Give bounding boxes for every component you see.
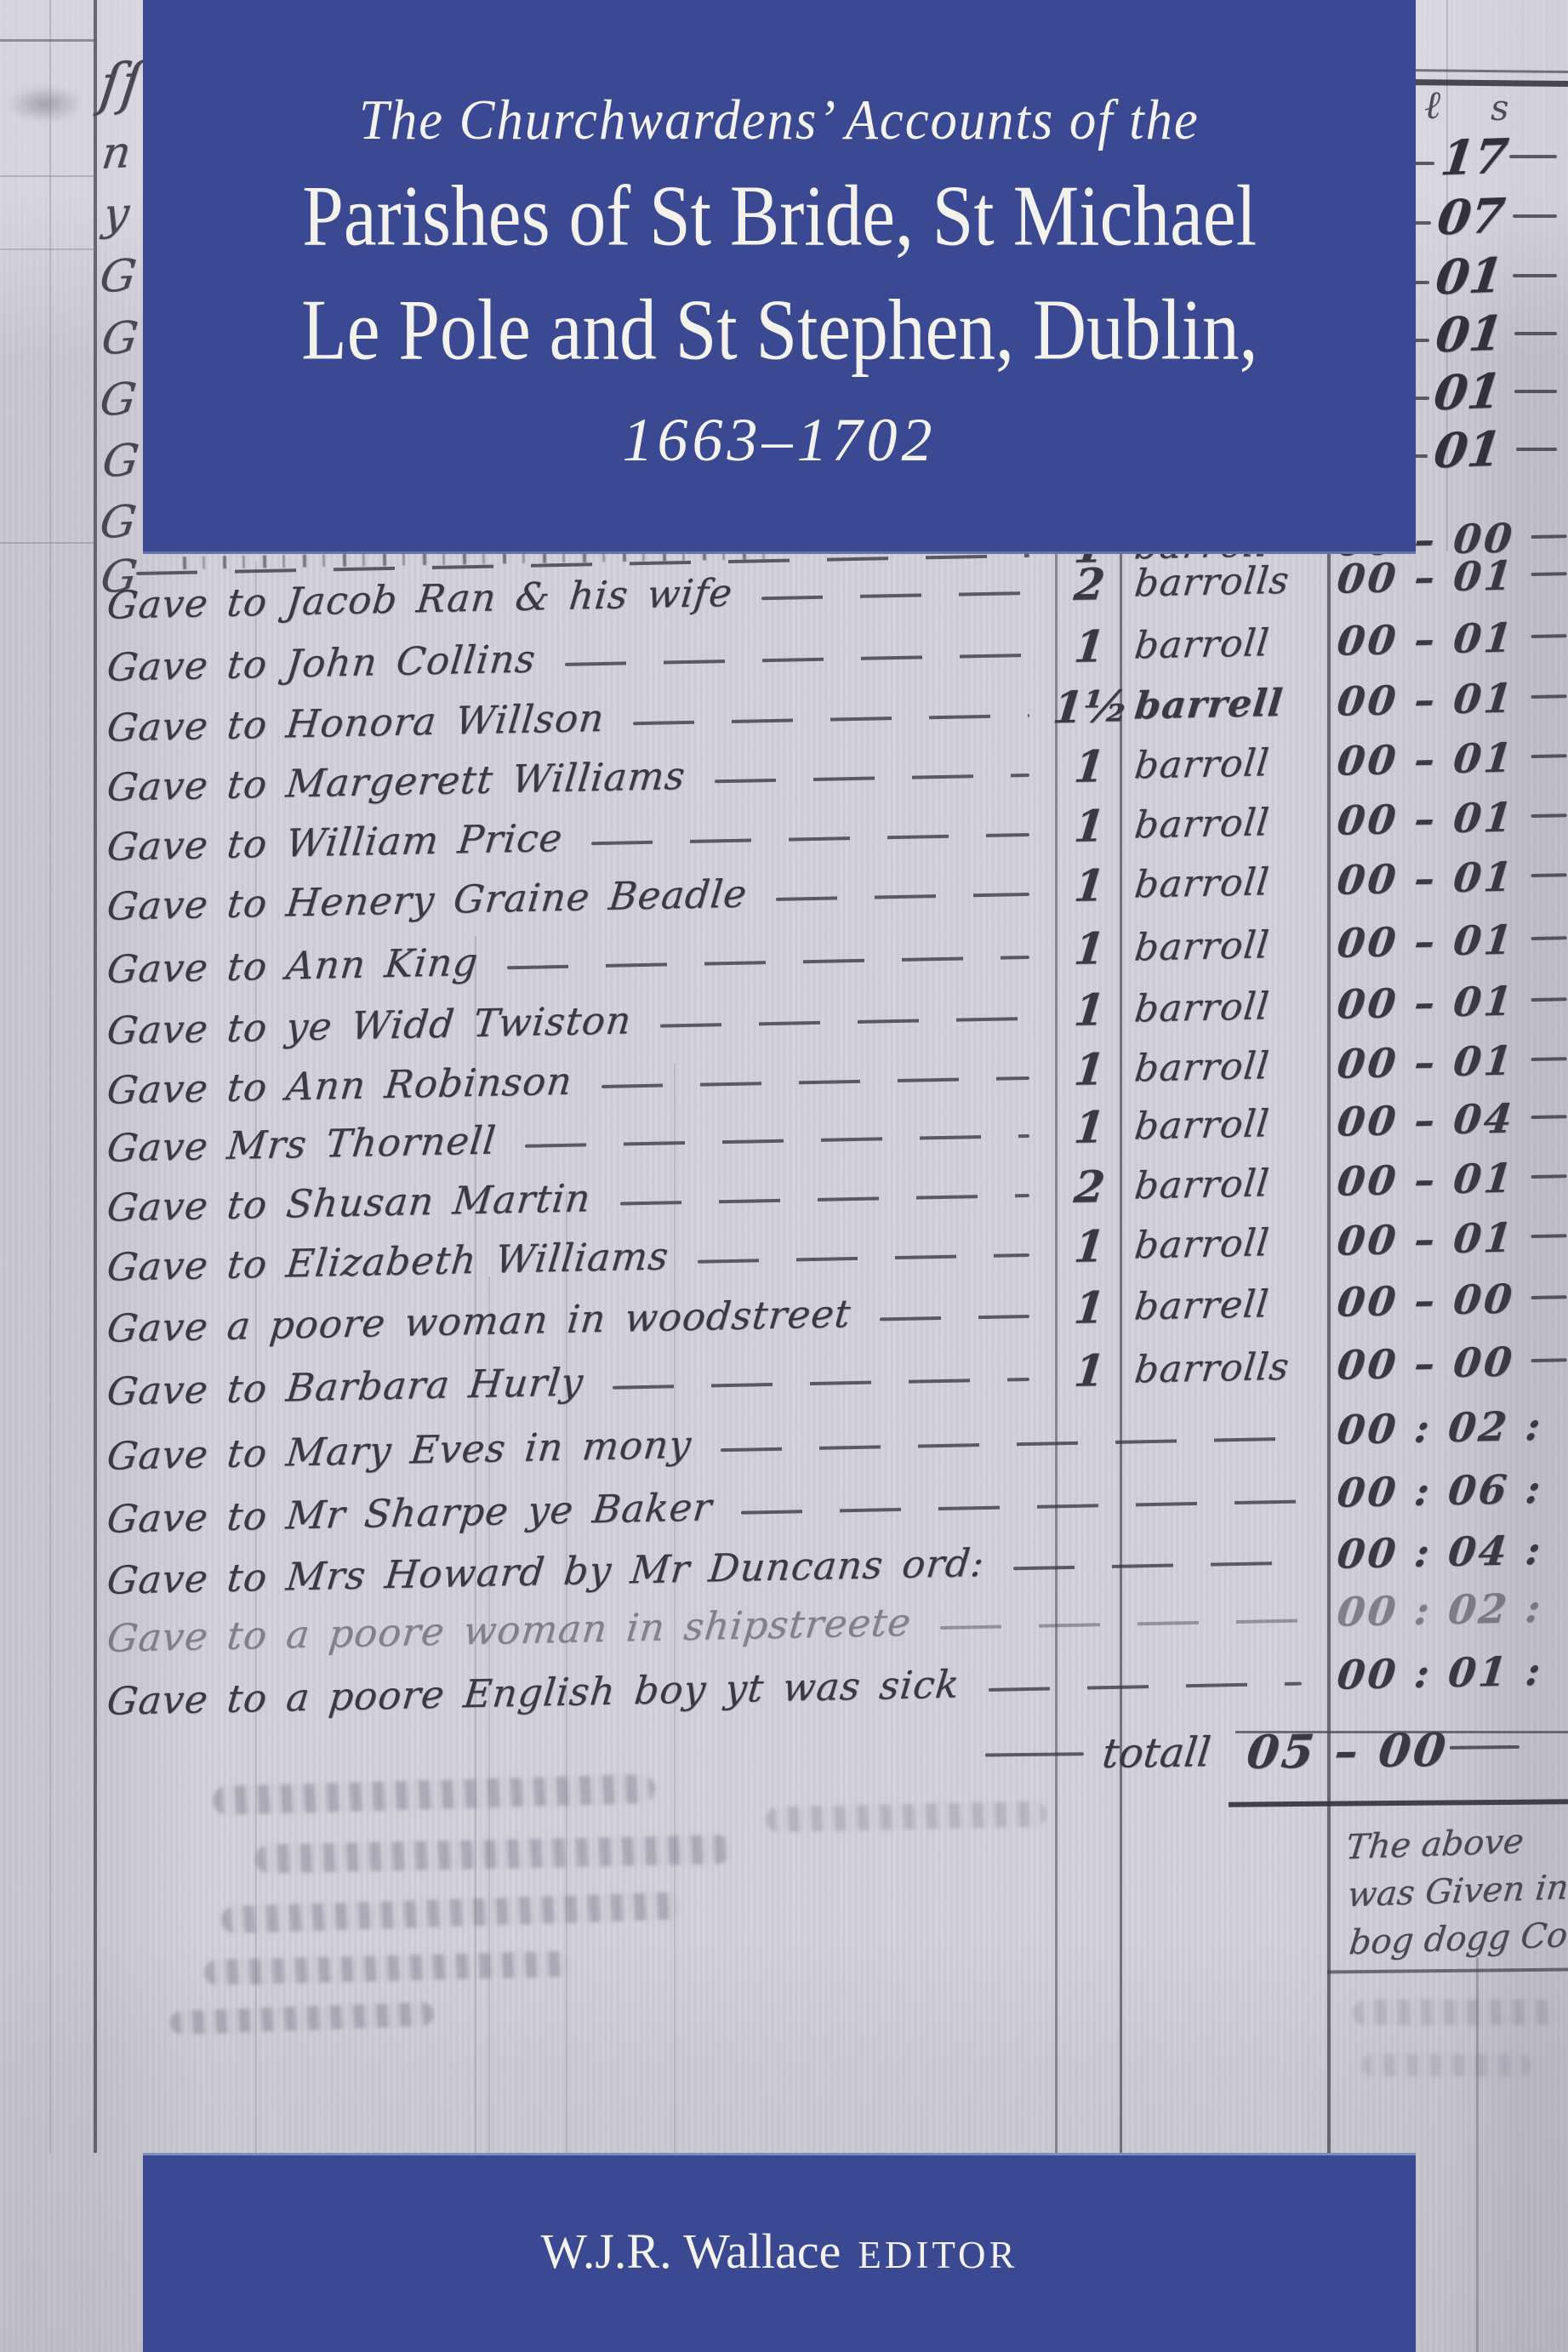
entry-unit: barroll — [1134, 613, 1270, 676]
account-amount: 01 — [1433, 248, 1506, 306]
total-underline — [1229, 1799, 1568, 1807]
book-title-line-1: Parishes of St Bride, St Michael — [302, 167, 1257, 266]
entry-unit: barrell — [1134, 1274, 1269, 1338]
entry-quantity: 1 — [1052, 796, 1126, 859]
entry-amount: 00 – 01 — [1337, 668, 1514, 733]
entry-amount: 00 : 04 : — [1337, 1521, 1543, 1586]
entry-amount: 00 : 06 : — [1337, 1459, 1543, 1525]
leader-dash — [940, 1618, 1302, 1630]
entry-quantity: 1 — [1052, 1340, 1126, 1403]
margin-letter-fragment: n — [99, 127, 134, 180]
entry-unit: barroll — [1134, 733, 1270, 796]
entry-amount: 00 – 01 — [1337, 728, 1514, 792]
title-banner: The Churchwardens’ Accounts of the Paris… — [143, 0, 1416, 554]
total-amount: 05 – 00 — [1246, 1719, 1448, 1783]
trailing-dash — [1450, 1745, 1520, 1750]
note-line: The above — [1343, 1815, 1568, 1872]
entry-name: Gave to Jacob Ran & his wife — [105, 569, 735, 627]
entry-amount: 00 : 02 : — [1337, 1396, 1543, 1462]
entry-name: Gave to Shusan Martin — [105, 1175, 593, 1230]
bleed-through-text — [170, 2002, 435, 2035]
entry-name: Gave to Mary Eves in mony — [105, 1421, 693, 1478]
entry-unit: barroll — [1134, 1153, 1270, 1217]
leader-dash — [721, 1436, 1302, 1452]
entry-quantity: 1 — [1052, 855, 1126, 918]
note-line: was Given in — [1345, 1863, 1568, 1920]
entry-unit: barroll — [1134, 1213, 1270, 1276]
book-title-line-2: Le Pole and St Stephen, Dublin, — [301, 281, 1257, 380]
bleed-through-text — [766, 1801, 1047, 1833]
trailing-dash — [1531, 534, 1567, 539]
trailing-dash — [1531, 1057, 1567, 1061]
pounds-column-header: ℓ — [1424, 82, 1440, 128]
entry-unit: barroll — [1134, 976, 1270, 1040]
entry-name: Gave to Elizabeth Williams — [105, 1233, 671, 1289]
entry-quantity: 1 — [1052, 1097, 1126, 1160]
leader-dash — [1513, 274, 1557, 277]
entry-amount: 00 – 01 — [1337, 971, 1514, 1036]
leader-dash — [880, 1315, 1029, 1322]
account-amount: 07 — [1434, 188, 1508, 247]
entry-unit: barroll — [1134, 915, 1270, 979]
entry-name: Gave to a poore woman in shipstreete — [105, 1599, 913, 1660]
leader-dash — [633, 714, 1029, 725]
entry-quantity: 1 — [1052, 918, 1126, 981]
leader-dash — [1516, 448, 1557, 451]
entry-unit: barrolls — [1134, 1337, 1290, 1401]
leader-dash — [591, 833, 1029, 845]
entry-name: Gave to Barbara Hurly — [105, 1359, 585, 1413]
entry-amount: 00 – 01 — [1337, 1148, 1514, 1213]
entry-amount: 00 – 00 — [1337, 1332, 1514, 1396]
leader-dash — [776, 893, 1029, 901]
entry-name: Gave to Margerett Williams — [105, 752, 687, 809]
entry-amount: 00 – 01 — [1337, 910, 1514, 974]
margin-letter-fragment: G — [97, 250, 139, 303]
entry-unit: barroll — [1134, 852, 1270, 916]
entry-name: Gave to Henery Graine Beadle — [105, 871, 750, 928]
entry-unit: barroll — [1134, 1036, 1270, 1099]
entry-amount: 00 – 01 — [1337, 1207, 1514, 1272]
bleed-through-text — [1353, 2000, 1557, 2025]
entry-amount: 00 – 01 — [1337, 787, 1514, 852]
leader-dash — [715, 774, 1029, 783]
leader-dash — [525, 1134, 1029, 1148]
total-label: totall — [1102, 1721, 1211, 1784]
entry-quantity: 1 — [1052, 1277, 1126, 1340]
entry-name: Gave to Ann Robinson — [105, 1058, 574, 1112]
entry-name: Gave to Ann King — [105, 939, 481, 991]
trailing-dash — [1531, 572, 1567, 576]
leader-dash — [1514, 390, 1557, 393]
trailing-dash — [1531, 997, 1567, 1002]
entry-amount: 00 – 01 — [1337, 608, 1514, 672]
bleed-through-text — [255, 1835, 733, 1874]
account-amount: 01 — [1431, 421, 1504, 480]
leader-dash — [660, 1017, 1029, 1028]
trailing-dash — [1531, 694, 1567, 699]
ink-smudge — [7, 85, 83, 123]
trailing-dash — [1531, 1234, 1567, 1238]
entry-quantity: 2 — [1052, 1156, 1126, 1219]
margin-letter-fragment: G — [99, 312, 140, 365]
trailing-dash — [1531, 634, 1567, 638]
bleed-through-text — [1361, 2054, 1531, 2076]
trailing-dash — [1531, 873, 1567, 877]
leader-dash — [613, 1378, 1029, 1390]
account-amount: 01 — [1431, 363, 1504, 422]
entry-amount: 00 – 04 — [1337, 1088, 1514, 1153]
note-block: The above was Given in bog dogg Coal — [1345, 1815, 1568, 1967]
total-row: totall 05 – 00 — [0, 1717, 1568, 1798]
entry-name: Gave to a poore English boy yt was sick — [105, 1661, 961, 1723]
leader-dash — [507, 956, 1029, 969]
book-cover: ſſ n y G G G G G G ℓ s 17 07 01 01 01 01… — [0, 0, 1568, 2352]
leader-dash — [761, 591, 1029, 600]
trailing-dash — [1531, 813, 1567, 818]
account-amount: 17 — [1438, 128, 1511, 187]
entry-quantity: 1 — [1052, 1216, 1126, 1279]
trailing-dash — [1531, 936, 1567, 940]
note-line: bog dogg Coal — [1347, 1910, 1568, 1967]
entry-name: Gave to John Collins — [105, 636, 538, 689]
entry-quantity: 1½ — [1052, 676, 1126, 739]
series-title: The Churchwardens’ Accounts of the — [359, 88, 1200, 153]
leader-dash — [1509, 155, 1557, 158]
leader-dash — [985, 1752, 1084, 1756]
entry-amount: 00 : 02 : — [1337, 1578, 1543, 1644]
editor-banner: W.J.R. Wallace EDITOR — [143, 2153, 1416, 2352]
leader-dash — [989, 1681, 1302, 1691]
page-edge-shadow — [1476, 1957, 1479, 2352]
entry-name: Gave a poore woman in woodstreet — [105, 1291, 853, 1351]
leader-dash — [619, 1194, 1029, 1206]
header-rule-thin — [1404, 69, 1568, 73]
date-range: 1663–1702 — [623, 405, 937, 476]
entry-unit: barrolls — [1134, 551, 1290, 615]
margin-letter-fragment: G — [97, 374, 139, 426]
entry-amount: 00 – 00 — [1337, 1269, 1514, 1333]
ruled-line — [0, 39, 97, 42]
bleed-through-text — [204, 1951, 571, 1985]
margin-letter-fragment: y — [100, 188, 132, 240]
entry-quantity: 1 — [1052, 736, 1126, 799]
trailing-dash — [1531, 1115, 1567, 1119]
entry-unit: barroll — [1134, 792, 1270, 856]
account-amount: 01 — [1433, 305, 1506, 364]
entry-amount: 00 – 01 — [1337, 1030, 1514, 1095]
note-underline — [1327, 1968, 1568, 1974]
editor-role-label: EDITOR — [858, 2233, 1018, 2277]
margin-letter-fragment: G — [100, 435, 141, 488]
entry-name: Gave to Honora Willson — [105, 694, 607, 750]
leader-dash — [565, 654, 1029, 666]
entry-name: Gave Mrs Thornell — [105, 1117, 498, 1170]
editor-name: W.J.R. Wallace — [540, 2223, 841, 2280]
entry-name: Gave to William Price — [105, 814, 565, 869]
leader-dash — [741, 1499, 1302, 1514]
entry-unit: barroll — [1134, 1093, 1270, 1157]
trailing-dash — [1531, 1295, 1567, 1299]
leader-dash — [1013, 1561, 1302, 1570]
entry-quantity: 1 — [1052, 616, 1126, 679]
entry-name: Gave to ye Widd Twiston — [105, 997, 634, 1053]
leader-dash — [1514, 332, 1557, 335]
editor-credit: W.J.R. Wallace EDITOR — [540, 2223, 1018, 2280]
entry-amount: 00 : 01 : — [1337, 1641, 1543, 1707]
entry-amount: 00 – 01 — [1337, 847, 1514, 911]
leader-dash — [602, 1076, 1029, 1088]
entry-name: Gave to Mr Sharpe ye Baker — [105, 1484, 714, 1541]
trailing-dash — [1531, 754, 1567, 758]
ruled-line — [0, 175, 95, 177]
margin-letter-fragment: ſſ — [96, 50, 146, 117]
trailing-dash — [1531, 1358, 1567, 1362]
leader-dash — [698, 1253, 1029, 1264]
entry-quantity: 2 — [1052, 554, 1126, 617]
bleed-through-text — [221, 1892, 681, 1934]
trailing-dash — [1531, 1174, 1567, 1179]
shillings-column-header: s — [1491, 87, 1509, 128]
ruled-line — [0, 248, 95, 250]
entry-quantity: 1 — [1052, 1039, 1126, 1102]
entry-unit: barrell — [1134, 673, 1283, 737]
leader-dash — [1513, 214, 1557, 218]
entry-amount: 00 – 01 — [1337, 545, 1514, 610]
entry-quantity: 1 — [1052, 979, 1126, 1042]
